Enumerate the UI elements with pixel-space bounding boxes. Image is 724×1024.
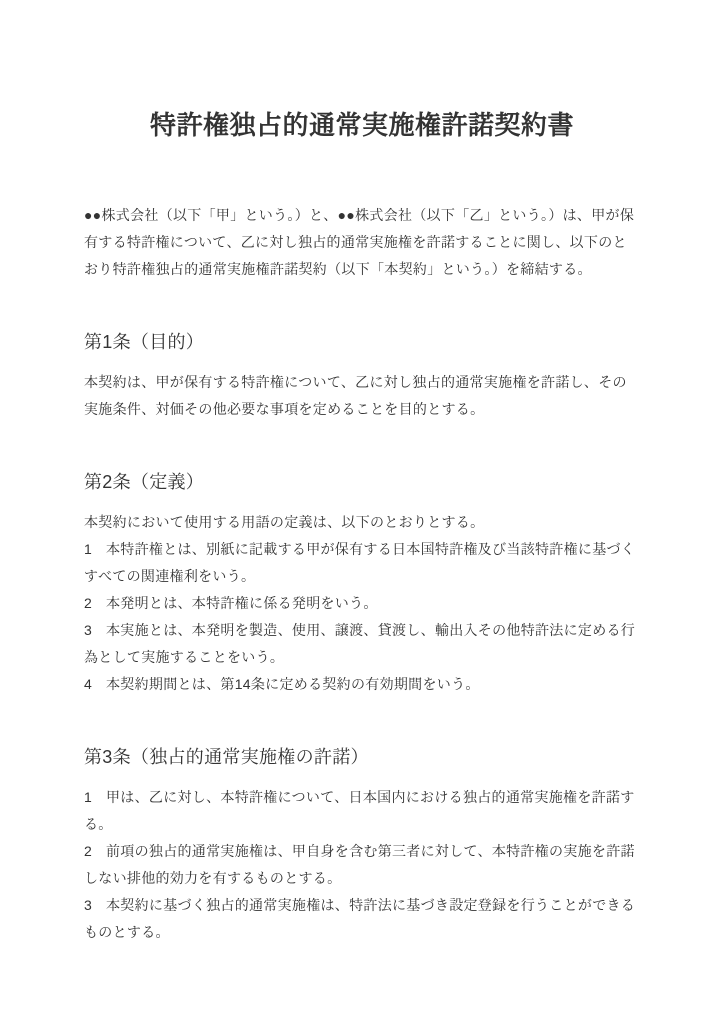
item-number: 4 [84,671,106,698]
article-1-paragraph: 本契約は、甲が保有する特許権について、乙に対し独占的通常実施権を許諾し、その実施… [84,369,640,423]
item-text: 本契約に基づく独占的通常実施権は、特許法に基づき設定登録を行うことができるものと… [84,897,635,940]
article-2-item-4: 4本契約期間とは、第14条に定める契約の有効期間をいう。 [84,671,640,698]
item-text: 前項の独占的通常実施権は、甲自身を含む第三者に対して、本特許権の実施を許諾しない… [84,843,635,886]
article-3-heading: 第3条（独占的通常実施権の許諾） [84,744,640,771]
article-3-item-2: 2前項の独占的通常実施権は、甲自身を含む第三者に対して、本特許権の実施を許諾しな… [84,838,640,892]
item-number: 2 [84,590,106,617]
item-text: 本実施とは、本発明を製造、使用、譲渡、貸渡し、輸出入その他特許法に定める行為とし… [84,622,635,665]
item-number: 1 [84,784,106,811]
item-number: 3 [84,892,106,919]
article-2-item-1: 1本特許権とは、別紙に記載する甲が保有する日本国特許権及び当該特許権に基づくすべ… [84,536,640,590]
article-2-item-2: 2本発明とは、本特許権に係る発明をいう。 [84,590,640,617]
article-1-heading: 第1条（目的） [84,329,640,356]
article-section-1: 第1条（目的） 本契約は、甲が保有する特許権について、乙に対し独占的通常実施権を… [84,329,640,423]
document-page: 特許権独占的通常実施権許諾契約書 ●●株式会社（以下「甲」という。）と、●●株式… [0,0,724,1024]
article-section-2: 第2条（定義） 本契約において使用する用語の定義は、以下のとおりとする。 1本特… [84,469,640,698]
article-section-3: 第3条（独占的通常実施権の許諾） 1甲は、乙に対し、本特許権について、日本国内に… [84,744,640,946]
article-3-item-3: 3本契約に基づく独占的通常実施権は、特許法に基づき設定登録を行うことができるもの… [84,892,640,946]
item-number: 2 [84,838,106,865]
item-text: 本特許権とは、別紙に記載する甲が保有する日本国特許権及び当該特許権に基づくすべて… [84,541,635,584]
document-title: 特許権独占的通常実施権許諾契約書 [84,106,640,144]
article-3-item-1: 1甲は、乙に対し、本特許権について、日本国内における独占的通常実施権を許諾する。 [84,784,640,838]
item-number: 3 [84,617,106,644]
item-text: 甲は、乙に対し、本特許権について、日本国内における独占的通常実施権を許諾する。 [84,789,635,832]
preamble-paragraph: ●●株式会社（以下「甲」という。）と、●●株式会社（以下「乙」という。）は、甲が… [84,202,640,283]
item-number: 1 [84,536,106,563]
article-2-intro-paragraph: 本契約において使用する用語の定義は、以下のとおりとする。 [84,509,640,536]
article-2-item-3: 3本実施とは、本発明を製造、使用、譲渡、貸渡し、輸出入その他特許法に定める行為と… [84,617,640,671]
item-text: 本契約期間とは、第14条に定める契約の有効期間をいう。 [106,676,480,692]
article-2-heading: 第2条（定義） [84,469,640,496]
item-text: 本発明とは、本特許権に係る発明をいう。 [106,595,378,611]
